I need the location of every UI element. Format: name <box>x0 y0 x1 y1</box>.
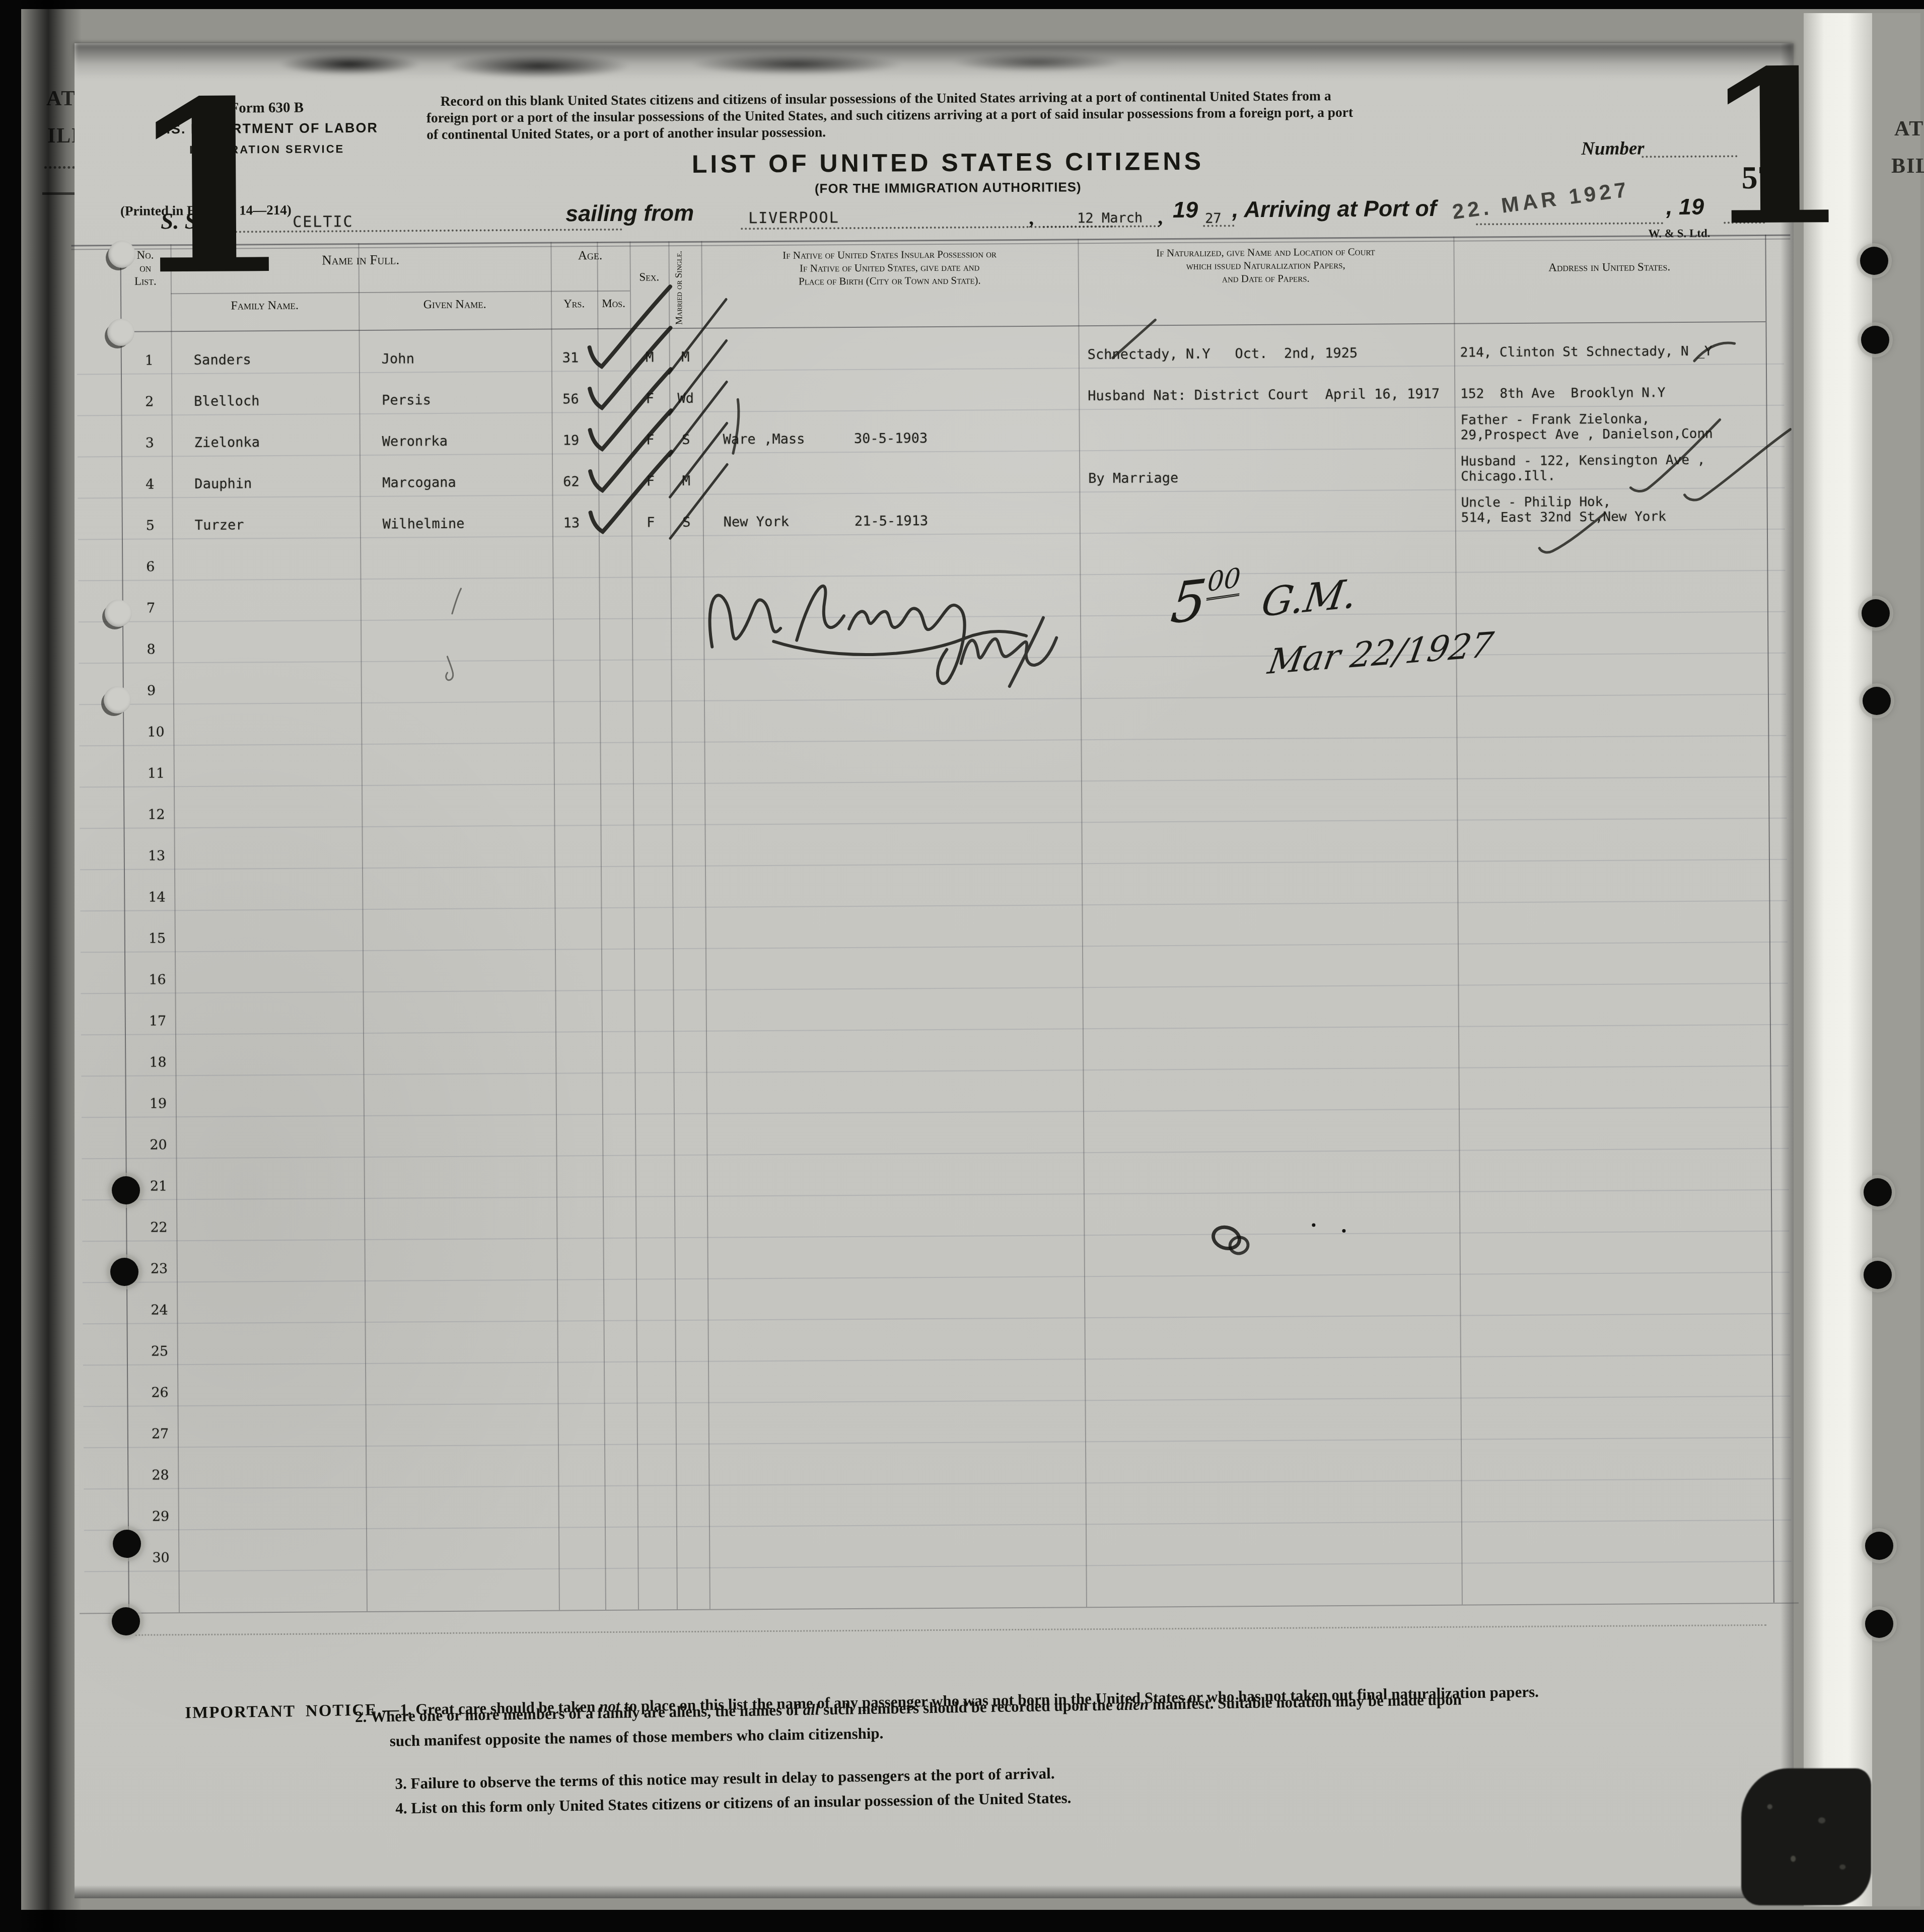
handwritten-mark <box>1694 343 1735 361</box>
manifest-sheet: 1 Form 630 B U.S. DEPARTMENT OF LABOR IM… <box>75 43 1794 1898</box>
punch-hole <box>113 1530 141 1558</box>
punch-hole <box>108 241 135 268</box>
handwritten-mark <box>733 399 739 453</box>
punch-hole <box>110 1258 138 1286</box>
punch-hole <box>1863 687 1891 715</box>
handwritten-mark <box>669 300 727 374</box>
handwritten-mark <box>1630 419 1721 491</box>
punch-hole <box>105 600 132 627</box>
edge-text-fragment: BILL <box>1891 154 1924 178</box>
countersignature-handwriting <box>950 606 1076 698</box>
fee-amount-handwriting: 5 <box>1168 567 1209 636</box>
handwritten-mark <box>670 464 728 538</box>
punch-hole <box>107 319 134 346</box>
punch-hole <box>1860 247 1888 275</box>
handwritten-mark <box>669 382 727 456</box>
edge-text-fragment: ATE <box>1894 117 1924 141</box>
handwritten-mark <box>452 589 461 614</box>
handwritten-mark <box>1539 514 1605 552</box>
handwritten-mark <box>446 657 453 680</box>
punch-hole <box>1864 1261 1892 1289</box>
handwritten-mark <box>670 423 728 497</box>
handwritten-mark <box>1112 320 1155 358</box>
handwritten-mark <box>589 287 671 367</box>
punch-hole <box>104 686 131 713</box>
punch-hole <box>1864 1178 1892 1206</box>
fee-initials-handwriting: G.M. <box>1258 571 1360 626</box>
underlying-page-white-edge <box>1804 13 1872 1906</box>
scan-artifact-patch <box>1741 1768 1871 1905</box>
punch-hole <box>1861 326 1889 354</box>
handwritten-marks-overlay <box>70 38 1800 1904</box>
scanned-manifest-page: AT ILL ATE BILL 1 Form 630 B U.S. DEPART… <box>0 0 1924 1932</box>
punch-hole <box>112 1607 140 1635</box>
punch-hole <box>1865 1610 1893 1638</box>
fee-superscript-handwriting: 00 <box>1206 562 1242 601</box>
punch-hole <box>112 1176 140 1204</box>
punch-hole <box>1865 1532 1893 1560</box>
handwritten-mark <box>669 341 727 415</box>
punch-hole <box>1862 599 1890 627</box>
